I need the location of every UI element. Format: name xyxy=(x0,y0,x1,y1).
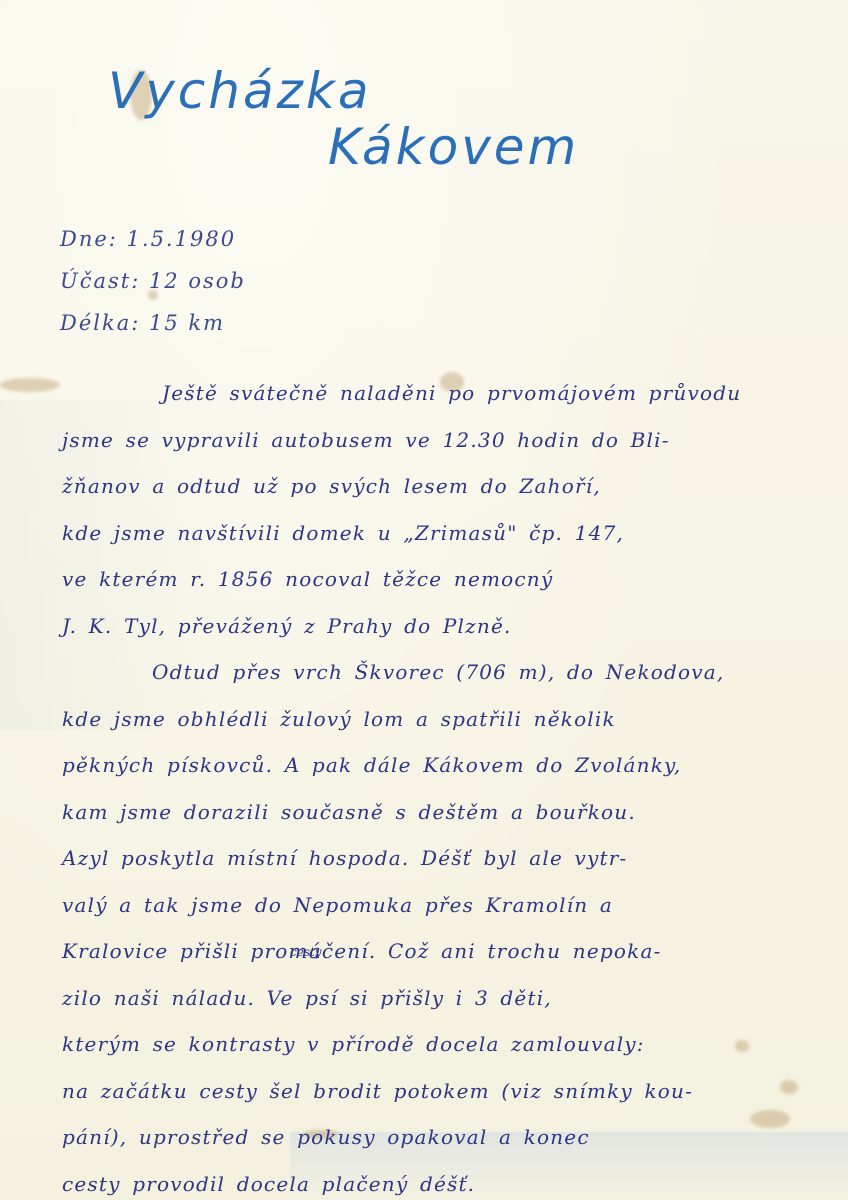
text-line: na začátku cesty šel brodit potokem (viz… xyxy=(62,1068,822,1115)
text-line: Odtud přes vrch Škvorec (706 m), do Neko… xyxy=(62,649,822,696)
text-line: valý a tak jsme do Nepomuka přes Kramolí… xyxy=(62,882,822,929)
paper-stain xyxy=(0,378,60,392)
text-line: kde jsme navštívili domek u „Zrimasů" čp… xyxy=(62,510,822,557)
trip-narrative: Ještě svátečně naladěni po prvomájovém p… xyxy=(62,370,822,1200)
text-line: cesty provodil docela plačený déšť. xyxy=(62,1161,822,1200)
inserted-word: cesty xyxy=(290,945,322,959)
handwritten-letter-page: Vycházka Kákovem Dne: 1.5.1980 Účast: 12… xyxy=(0,0,848,1200)
text-line: ve kterém r. 1856 nocoval těžce nemocný xyxy=(62,556,822,603)
text-line: J. K. Tyl, převážený z Prahy do Plzně. xyxy=(62,603,822,650)
text-line: pěkných pískovců. A pak dále Kákovem do … xyxy=(62,742,822,789)
text-line: kam jsme dorazili současně s deštěm a bo… xyxy=(62,789,822,836)
document-title-line2: Kákovem xyxy=(328,118,579,176)
text-line: jsme se vypravili autobusem ve 12.30 hod… xyxy=(62,417,822,464)
text-line: kde jsme obhlédli žulový lom a spatřili … xyxy=(62,696,822,743)
text-line: žňanov a odtud už po svých lesem do Zaho… xyxy=(62,463,822,510)
trip-participants: Účast: 12 osob xyxy=(60,260,246,302)
document-title-line1: Vycházka xyxy=(108,62,371,120)
text-line: kterým se kontrasty v přírodě docela zam… xyxy=(62,1021,822,1068)
trip-date: Dne: 1.5.1980 xyxy=(60,218,246,260)
trip-length: Délka: 15 km xyxy=(60,302,246,344)
text-line: Kralovice přišli promáčení. Což ani troc… xyxy=(62,928,822,975)
trip-metadata: Dne: 1.5.1980 Účast: 12 osob Délka: 15 k… xyxy=(60,218,246,344)
text-line: Ještě svátečně naladěni po prvomájovém p… xyxy=(62,370,822,417)
text-line: Azyl poskytla místní hospoda. Déšť byl a… xyxy=(62,835,822,882)
text-line: pání), uprostřed se pokusy opakoval a ko… xyxy=(62,1114,822,1161)
text-line: zilo naši náladu. Ve psí si přišly i 3 d… xyxy=(62,975,822,1022)
